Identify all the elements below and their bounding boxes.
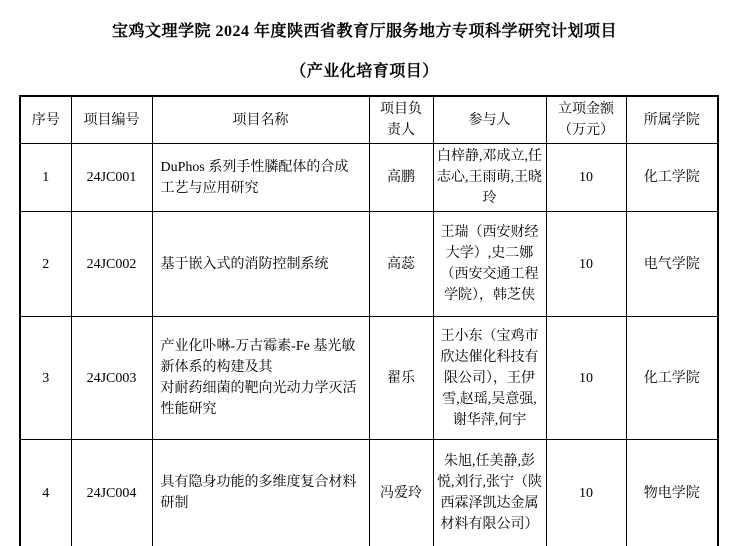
table-row: 2 24JC002 基于嵌入式的消防控制系统 高蕊 王瑞（西安财经大学）,史二娜… — [20, 212, 718, 317]
cell-participants: 朱旭,任美静,彭悦,刘行,张宁（陕西霖泽凯达金属材料有限公司） — [433, 440, 546, 546]
cell-participants: 王瑞（西安财经大学）,史二娜（西安交通工程学院），韩芝侠 — [433, 212, 546, 317]
cell-no: 4 — [20, 440, 71, 546]
cell-leader: 翟乐 — [369, 317, 433, 440]
cell-project-name: 具有隐身功能的多维度复合材料研制 — [152, 440, 369, 546]
cell-college: 化工学院 — [626, 317, 718, 440]
cell-participants: 王小东（宝鸡市欣达催化科技有限公司），王伊雪,赵瑶,吴意强,谢华萍,何宇 — [433, 317, 546, 440]
cell-amount: 10 — [546, 317, 626, 440]
cell-code: 24JC004 — [71, 440, 152, 546]
cell-code: 24JC001 — [71, 144, 152, 212]
page-subtitle: （产业化培育项目） — [0, 64, 729, 80]
col-header-leader: 项目负 责人 — [369, 96, 433, 144]
cell-participants: 白梓静,邓成立,任志心,王雨萌,王晓玲 — [433, 144, 546, 212]
col-header-college: 所属学院 — [626, 96, 718, 144]
col-header-participants: 参与人 — [433, 96, 546, 144]
cell-leader: 高蕊 — [369, 212, 433, 317]
cell-amount: 10 — [546, 212, 626, 317]
col-header-code: 项目编号 — [71, 96, 152, 144]
projects-table: 序号 项目编号 项目名称 项目负 责人 参与人 立项金额 （万元） 所属学院 1… — [19, 95, 719, 546]
page-title: 宝鸡文理学院 2024 年度陕西省教育厅服务地方专项科学研究计划项目 — [0, 24, 729, 40]
cell-college: 化工学院 — [626, 144, 718, 212]
table-row: 3 24JC003 产业化卟啉-万古霉素-Fe 基光敏新体系的构建及其 对耐药细… — [20, 317, 718, 440]
cell-no: 3 — [20, 317, 71, 440]
cell-college: 物电学院 — [626, 440, 718, 546]
col-header-amount: 立项金额 （万元） — [546, 96, 626, 144]
table-row: 1 24JC001 DuPhos 系列手性膦配体的合成工艺与应用研究 高鹏 白梓… — [20, 144, 718, 212]
table-header-row: 序号 项目编号 项目名称 项目负 责人 参与人 立项金额 （万元） 所属学院 — [20, 96, 718, 144]
cell-no: 2 — [20, 212, 71, 317]
cell-leader: 冯爱玲 — [369, 440, 433, 546]
cell-no: 1 — [20, 144, 71, 212]
cell-code: 24JC003 — [71, 317, 152, 440]
col-header-no: 序号 — [20, 96, 71, 144]
cell-project-name: 基于嵌入式的消防控制系统 — [152, 212, 369, 317]
cell-project-name: 产业化卟啉-万古霉素-Fe 基光敏新体系的构建及其 对耐药细菌的靶向光动力学灭活… — [152, 317, 369, 440]
cell-leader: 高鹏 — [369, 144, 433, 212]
cell-amount: 10 — [546, 144, 626, 212]
cell-college: 电气学院 — [626, 212, 718, 317]
cell-code: 24JC002 — [71, 212, 152, 317]
col-header-name: 项目名称 — [152, 96, 369, 144]
cell-amount: 10 — [546, 440, 626, 546]
table-row: 4 24JC004 具有隐身功能的多维度复合材料研制 冯爱玲 朱旭,任美静,彭悦… — [20, 440, 718, 546]
cell-project-name: DuPhos 系列手性膦配体的合成工艺与应用研究 — [152, 144, 369, 212]
